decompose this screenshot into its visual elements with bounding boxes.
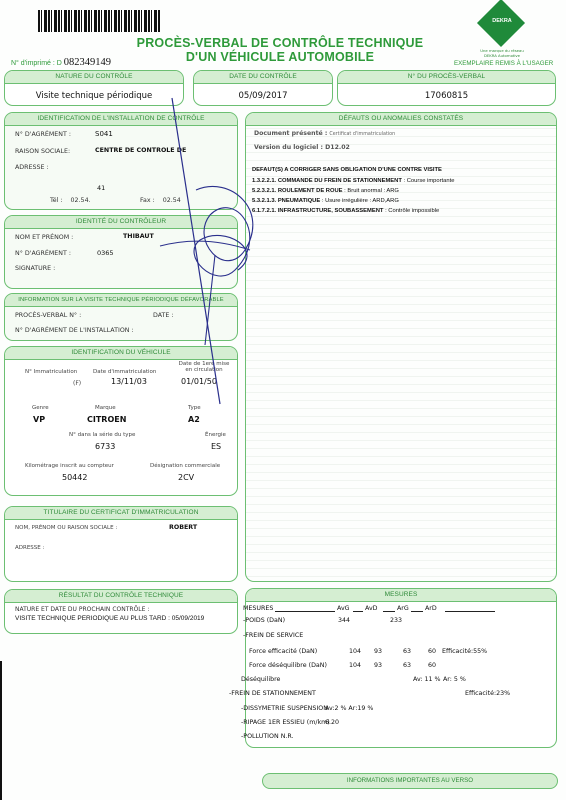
mesure-cell: Déséquilibre — [241, 676, 280, 683]
box-header: DÉFAUTS OU ANOMALIES CONSTATÉS — [246, 113, 556, 126]
defect-code: 5.3.2.1.3. — [252, 198, 276, 204]
mesure-cell: 93 — [374, 662, 382, 669]
scan-edge — [0, 661, 2, 800]
defauts-box: DÉFAUTS OU ANOMALIES CONSTATÉS Document … — [245, 112, 557, 582]
date-controle-value: 05/09/2017 — [194, 91, 332, 101]
type-value: A2 — [188, 415, 200, 424]
installation-box: IDENTIFICATION DE L'INSTALLATION DE CONT… — [4, 112, 238, 210]
mesure-cell: Force efficacité (DaN) — [249, 648, 317, 655]
defect-detail: Usure irrégulière : ARD,ARG — [325, 198, 399, 204]
mesure-rule — [411, 611, 423, 612]
mesure-cell: Force déséquilibre (DaN) — [249, 662, 327, 669]
mesure-cell: 63 — [403, 648, 411, 655]
defect-item: 5.2.3.2.1. ROULEMENT DE ROUE : Bruit ano… — [252, 186, 454, 196]
date-label: DATE : — [153, 312, 174, 319]
defect-detail: Contrôle impossible — [388, 208, 439, 214]
vehicule-box: IDENTIFICATION DU VÉHICULE N° Immatricul… — [4, 346, 238, 496]
mesure-rule — [445, 611, 495, 612]
box-header: TITULAIRE DU CERTIFICAT D'IMMATRICULATIO… — [5, 507, 237, 520]
defavorable-box: INFORMATION SUR LA VISITE TECHNIQUE PÉRI… — [4, 293, 238, 341]
title-line-1: PROCÈS-VERBAL DE CONTRÔLE TECHNIQUE — [130, 36, 430, 50]
imprime-value: 082349149 — [64, 57, 111, 68]
mesure-cell: 93 — [374, 648, 382, 655]
premiere-value: 01/01/50 — [181, 377, 217, 386]
energie-label: Énergie — [205, 432, 226, 438]
defect-title: INFRASTRUCTURE, SOUBASSEMENT — [278, 208, 384, 214]
doc-label: Document présenté : — [254, 130, 327, 137]
agrement-installation-label: N° D'AGRÉMENT DE L'INSTALLATION : — [15, 327, 134, 334]
defauts-section-title: DEFAUT(S) A CORRIGER SANS OBLIGATION D'U… — [252, 165, 442, 175]
immat-label: N° Immatriculation — [25, 369, 77, 375]
energie-value: ES — [211, 442, 221, 451]
mesure-cell: ArD — [425, 605, 437, 612]
premiere-label-2: en circulation — [173, 367, 235, 373]
mesure-cell: -FREIN DE STATIONNEMENT — [229, 690, 316, 697]
barcode — [38, 10, 160, 32]
document-presente: Document présenté : Certificat d'immatri… — [254, 130, 395, 137]
titulaire-box: TITULAIRE DU CERTIFICAT D'IMMATRICULATIO… — [4, 506, 238, 582]
mesure-cell: -POIDS (DaN) — [243, 617, 285, 624]
fax: Fax : 02.54 — [140, 197, 181, 204]
imprime-label: N° d'imprimé : D — [11, 60, 62, 67]
immat-value: (F) — [73, 380, 81, 387]
mesure-cell: -FREIN DE SERVICE — [243, 632, 303, 639]
defect-item: 1.3.2.2.1. COMMANDE DU FREIN DE STATIONN… — [252, 176, 454, 186]
pv-label: PROCÈS-VERBAL N° : — [15, 312, 81, 319]
agrement-value: 0365 — [97, 249, 114, 257]
mesure-cell: Av: 11 % — [413, 676, 440, 683]
agrement-value: S041 — [95, 130, 113, 138]
mesure-cell: 104 — [349, 648, 361, 655]
mesure-cell: 63 — [403, 662, 411, 669]
box-header: RÉSULTAT DU CONTRÔLE TECHNIQUE — [5, 590, 237, 603]
nature-controle-value: Visite technique périodique — [5, 91, 183, 101]
box-header: N° DU PROCÈS-VERBAL — [338, 71, 555, 84]
mesure-cell: -DISSYMETRIE SUSPENSION — [241, 705, 328, 712]
adresse-line: 41 — [97, 184, 105, 192]
designation-label: Désignation commerciale — [150, 463, 220, 469]
mesure-cell: ArG — [397, 605, 409, 612]
km-label: Kilométrage inscrit au compteur — [25, 463, 114, 469]
type-label: Type — [188, 405, 201, 411]
verso-banner: INFORMATIONS IMPORTANTES AU VERSO — [262, 773, 558, 789]
resultat-label: NATURE ET DATE DU PROCHAIN CONTRÔLE : — [15, 606, 149, 613]
titulaire-nom-value: ROBERT — [169, 524, 197, 531]
date-immat-label: Date d'immatriculation — [93, 369, 156, 375]
genre-label: Genre — [32, 405, 49, 411]
resultat-value: VISITE TECHNIQUE PERIODIQUE AU PLUS TARD… — [15, 615, 204, 622]
serie-label: N° dans la série du type — [69, 432, 135, 438]
mesure-cell: -RIPAGE 1ER ESSIEU (m/km) — [241, 719, 330, 726]
tel-value: 02.54. — [71, 197, 91, 204]
date-controle-box: DATE DU CONTRÔLE 05/09/2017 — [193, 70, 333, 106]
defect-item: 5.3.2.1.3. PNEUMATIQUE : Usure irréguliè… — [252, 196, 454, 206]
version-label: Version du logiciel : — [254, 144, 323, 151]
doc-value: Certificat d'immatriculation — [329, 132, 395, 137]
mesure-rule — [275, 611, 335, 612]
defect-list: 1.3.2.2.1. COMMANDE DU FREIN DE STATIONN… — [252, 176, 454, 216]
nom-label: NOM ET PRÉNOM : — [15, 234, 73, 241]
serie-value: 6733 — [95, 442, 115, 451]
mesure-cell: 344 — [338, 617, 350, 624]
defect-title: ROULEMENT DE ROUE — [278, 188, 343, 194]
mesure-cell: Av:2 % Ar:19 % — [325, 705, 373, 712]
version-logiciel: Version du logiciel : D12.02 — [254, 144, 350, 151]
numero-pv-value: 17060815 — [338, 91, 555, 101]
date-immat-value: 13/11/03 — [111, 377, 147, 386]
mesure-cell: MESURES — [243, 605, 273, 612]
mesure-cell: AvD — [365, 605, 378, 612]
dekra-logo-text: DEKRA — [487, 18, 517, 24]
title-line-2: D'UN VÉHICULE AUTOMOBILE — [130, 50, 430, 64]
raison-label: RAISON SOCIALE: — [15, 148, 70, 155]
km-value: 50442 — [62, 473, 87, 482]
adresse-label: ADRESSE : — [15, 164, 49, 171]
mesure-cell: Efficacité:55% — [442, 648, 487, 655]
mesure-cell: 233 — [390, 617, 402, 624]
mesure-cell: 60 — [428, 662, 436, 669]
box-header: IDENTIFICATION DU VÉHICULE — [5, 347, 237, 360]
mesure-cell: -POLLUTION N.R. — [241, 733, 294, 740]
mesure-rule — [383, 611, 395, 612]
genre-value: VP — [33, 415, 45, 424]
box-header: MESURES — [246, 589, 556, 602]
mesure-cell: Ar: 5 % — [443, 676, 466, 683]
agrement-label: N° D'AGRÉMENT : — [15, 131, 71, 138]
box-header: INFORMATION SUR LA VISITE TECHNIQUE PÉRI… — [5, 294, 237, 307]
copy-note: EXEMPLAIRE REMIS À L'USAGER — [454, 60, 553, 67]
defect-code: 1.3.2.2.1. — [252, 178, 276, 184]
numero-pv-box: N° DU PROCÈS-VERBAL 17060815 — [337, 70, 556, 106]
mesure-cell: AvG — [337, 605, 350, 612]
box-header: NATURE DU CONTRÔLE — [5, 71, 183, 84]
mesure-cell: 6.20 — [325, 719, 339, 726]
logo-tagline-2: DEKRA Automotive — [474, 53, 530, 58]
tel-label: Tél : — [50, 197, 63, 204]
defect-detail: Bruit anormal : ARG — [347, 188, 399, 194]
mesure-cell: 104 — [349, 662, 361, 669]
resultat-box: RÉSULTAT DU CONTRÔLE TECHNIQUE NATURE ET… — [4, 589, 238, 634]
nature-controle-box: NATURE DU CONTRÔLE Visite technique péri… — [4, 70, 184, 106]
defect-code: 5.2.3.2.1. — [252, 188, 276, 194]
defect-item: 6.1.7.2.1. INFRASTRUCTURE, SOUBASSEMENT … — [252, 206, 454, 216]
defect-title: COMMANDE DU FREIN DE STATIONNEMENT — [278, 178, 402, 184]
mesure-cell: Efficacité:23% — [465, 690, 510, 697]
tel: Tél : 02.54. — [50, 197, 91, 204]
fax-value: 02.54 — [163, 197, 181, 204]
mesure-rule — [353, 611, 363, 612]
nom-value: THIBAUT — [123, 233, 154, 240]
raison-value: CENTRE DE CONTROLE DE — [95, 147, 186, 154]
version-value: D12.02 — [325, 144, 350, 151]
imprime-number: N° d'imprimé : D 082349149 — [11, 57, 111, 68]
premiere-label: Date de 1ere mise en circulation — [173, 361, 235, 373]
page-title: PROCÈS-VERBAL DE CONTRÔLE TECHNIQUE D'UN… — [130, 36, 430, 64]
marque-value: CITROEN — [87, 415, 126, 424]
box-header: IDENTITÉ DU CONTRÔLEUR — [5, 216, 237, 229]
marque-label: Marque — [95, 405, 116, 411]
defect-detail: Course importante — [407, 178, 455, 184]
fax-label: Fax : — [140, 197, 155, 204]
controleur-box: IDENTITÉ DU CONTRÔLEUR NOM ET PRÉNOM : T… — [4, 215, 238, 289]
verso-text: INFORMATIONS IMPORTANTES AU VERSO — [263, 774, 557, 788]
titulaire-nom-label: NOM, PRÉNOM OU RAISON SOCIALE : — [15, 525, 117, 531]
defect-code: 6.1.7.2.1. — [252, 208, 276, 214]
agrement-label: N° D'AGRÉMENT : — [15, 250, 71, 257]
titulaire-adresse-label: ADRESSE : — [15, 545, 44, 551]
box-header: IDENTIFICATION DE L'INSTALLATION DE CONT… — [5, 113, 237, 126]
defect-title: PNEUMATIQUE — [278, 198, 320, 204]
designation-value: 2CV — [178, 473, 194, 482]
signature-label: SIGNATURE : — [15, 265, 55, 272]
mesure-cell: 60 — [428, 648, 436, 655]
box-header: DATE DU CONTRÔLE — [194, 71, 332, 84]
